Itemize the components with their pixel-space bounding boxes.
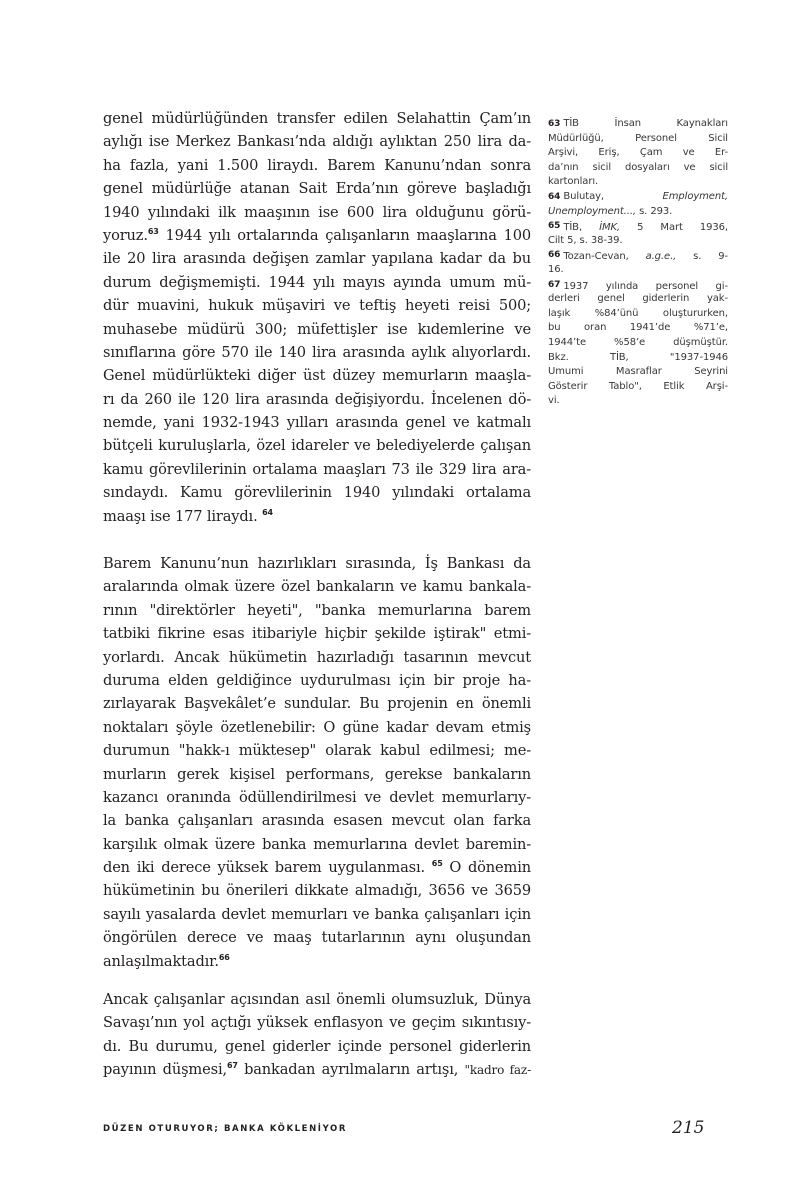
text-line: Savaşı’nın yol açtığı yüksek enflasyon v… <box>103 1011 531 1034</box>
text-line: ha fazla, yani 1.500 liraydı. Barem Kanu… <box>103 154 531 177</box>
sidenote-text: 1937 yılında personel gi- <box>563 281 728 292</box>
text-line: hükümetinin bu önerileri dikkate almadığ… <box>103 879 531 902</box>
sidenote-text: 5 Mart 1936, <box>620 222 728 233</box>
text-fragment: 1944 yılı ortalarında çalışanların maaşl… <box>159 227 531 244</box>
sidenote-line: laşık %84’ünü oluştururken, <box>548 307 728 322</box>
text-line: aylığı ise Merkez Bankası’nda aldığı ayl… <box>103 130 531 153</box>
sidenote-line: Arşivi, Eriş, Çam ve Er- <box>548 146 728 161</box>
text-line: aralarında olmak üzere özel bankaların v… <box>103 575 531 598</box>
sidenote-66: 66Tozan-Cevan, a.g.e., s. 9- 16. <box>548 248 728 277</box>
text-line: nemde, yani 1932-1943 yılları arasında g… <box>103 411 531 434</box>
text-line: yoruz.63 1944 yılı ortalarında çalışanla… <box>103 224 531 247</box>
sidenote-65: 65TİB, İMK, 5 Mart 1936, Cilt 5, s. 38-3… <box>548 219 728 248</box>
sidenote-line: da’nın sicil dosyaları ve sicil <box>548 161 728 176</box>
text-line: 1940 yılındaki ilk maaşının ise 600 lira… <box>103 201 531 224</box>
text-line: den iki derece yüksek barem uygulanması.… <box>103 856 531 879</box>
text-line: Genel müdürlükteki diğer üst düzey memur… <box>103 364 531 387</box>
sidenote-line: 64Bulutay, Employment, <box>548 190 728 205</box>
sidenote-line: Gösterir Tablo", Etlik Arşi- <box>548 380 728 395</box>
sidenote-title: a.g.e., <box>646 251 677 262</box>
sidenote-text: s. 9- <box>676 251 728 262</box>
sidenote-title: Employment, <box>663 191 728 202</box>
text-line: rının "direktörler heyeti", "banka memur… <box>103 599 531 622</box>
footnote-ref-63[interactable]: 63 <box>148 227 159 236</box>
text-fragment: payının düşmesi, <box>103 1061 227 1078</box>
text-fragment: bankadan ayrılmaların artışı, <box>238 1061 465 1078</box>
sidenote-line: Müdürlüğü, Personel Sicil <box>548 132 728 147</box>
paragraph-2: Barem Kanunu’nun hazırlıkları sırasında,… <box>103 552 531 973</box>
text-line: öngörülen derece ve maaş tutarlarının ay… <box>103 926 531 949</box>
sidenote-title: İMK, <box>599 222 620 233</box>
text-line: zırlayarak Başvekâlet’e sundular. Bu pro… <box>103 692 531 715</box>
sidenote-67: 671937 yılında personel gi- derleri gene… <box>548 278 728 409</box>
page-number: 215 <box>672 1118 704 1138</box>
sidenote-number: 64 <box>548 192 560 202</box>
text-line: genel müdürlüğe atanan Sait Erda’nın gör… <box>103 177 531 200</box>
sidenote-number: 66 <box>548 250 560 260</box>
sidenote-64: 64Bulutay, Employment, Unemployment..., … <box>548 190 728 219</box>
sidenote-line: Unemployment..., s. 293. <box>548 205 728 220</box>
sidenote-text: TİB İnsan Kaynakları <box>563 118 728 129</box>
footnote-ref-65[interactable]: 65 <box>432 859 443 868</box>
sidenote-title: Unemployment..., <box>548 206 636 217</box>
sidenote-line: 63TİB İnsan Kaynakları <box>548 117 728 132</box>
text-line: Ancak çalışanlar açısından asıl önemli o… <box>103 988 531 1011</box>
text-fragment: anlaşılmaktadır. <box>103 953 219 970</box>
text-line: tatbiki fikrine esas itibariyle hiçbir ş… <box>103 622 531 645</box>
sidenote-63: 63TİB İnsan Kaynakları Müdürlüğü, Person… <box>548 117 728 190</box>
text-line: la banka çalışanları arasında esasen mev… <box>103 809 531 832</box>
sidenote-number: 65 <box>548 221 560 231</box>
text-line: kamu görevlilerinin ortalama maaşları 73… <box>103 458 531 481</box>
sidenote-line: 671937 yılında personel gi- <box>548 278 728 293</box>
sidenote-line: 1944’te %58’e düşmüştür. <box>548 336 728 351</box>
text-line: bütçeli kuruluşlarla, özel idareler ve b… <box>103 434 531 457</box>
footnote-ref-64[interactable]: 64 <box>262 508 273 517</box>
text-line: kazancı oranında ödüllendirilmesi ve dev… <box>103 786 531 809</box>
sidenote-number: 67 <box>548 280 560 290</box>
text-line: sayılı yasalarda devlet memurları ve ban… <box>103 903 531 926</box>
sidenote-line: 66Tozan-Cevan, a.g.e., s. 9- <box>548 248 728 263</box>
paragraph-1: genel müdürlüğünden transfer edilen Sela… <box>103 107 531 528</box>
text-line: noktaları şöyle özetlenebilir: O güne ka… <box>103 716 531 739</box>
text-line: durum değişmemişti. 1944 yılı mayıs ayın… <box>103 271 531 294</box>
text-line: genel müdürlüğünden transfer edilen Sela… <box>103 107 531 130</box>
footnote-ref-67[interactable]: 67 <box>227 1061 238 1070</box>
text-fragment: yoruz. <box>103 227 148 244</box>
text-line: dür muavini, hukuk müşaviri ve teftiş he… <box>103 294 531 317</box>
sidenote-line: 65TİB, İMK, 5 Mart 1936, <box>548 219 728 234</box>
text-line: sınıflarına göre 570 ile 140 lira arasın… <box>103 341 531 364</box>
text-line: rı da 260 ile 120 lira arasında değişiyo… <box>103 388 531 411</box>
text-line: duruma elden geldiğince uydurulması için… <box>103 669 531 692</box>
text-line: payının düşmesi,67 bankadan ayrılmaların… <box>103 1058 531 1081</box>
running-footer-title: DÜZEN OTURUYOR; BANKA KÖKLENİYOR <box>103 1124 347 1134</box>
sidenote-number: 63 <box>548 119 560 129</box>
text-line: maaşı ise 177 liraydı. 64 <box>103 505 531 528</box>
text-line: muhasebe müdürü 300; müfettişler ise kıd… <box>103 318 531 341</box>
text-fragment: "kadro faz- <box>464 1063 531 1077</box>
sidenote-line: Umumi Masraflar Seyrini <box>548 365 728 380</box>
text-line: murların gerek kişisel performans, gerek… <box>103 763 531 786</box>
sidenote-line: bu oran 1941’de %71’e, <box>548 321 728 336</box>
footnote-ref-66[interactable]: 66 <box>219 953 230 962</box>
sidenote-line: Cilt 5, s. 38-39. <box>548 234 728 249</box>
text-fragment: den iki derece yüksek barem uygulanması. <box>103 859 432 876</box>
text-line: dı. Bu durumu, genel giderler içinde per… <box>103 1035 531 1058</box>
text-line: Barem Kanunu’nun hazırlıkları sırasında,… <box>103 552 531 575</box>
paragraph-3: Ancak çalışanlar açısından asıl önemli o… <box>103 988 531 1082</box>
sidenote-line: derleri genel giderlerin yak- <box>548 292 728 307</box>
sidenote-line: 16. <box>548 263 728 278</box>
text-line: yorlardı. Ancak hükümetin hazırladığı ta… <box>103 646 531 669</box>
sidenote-text: s. 293. <box>636 206 672 217</box>
text-line: ile 20 lira arasında değişen zamlar yapı… <box>103 247 531 270</box>
sidenote-text: Tozan-Cevan, <box>563 251 645 262</box>
text-line: karşılık olmak üzere banka memurlarına d… <box>103 833 531 856</box>
sidenote-line: vi. <box>548 394 728 409</box>
sidenotes-column: 63TİB İnsan Kaynakları Müdürlüğü, Person… <box>548 117 728 409</box>
text-fragment: O dönemin <box>443 859 531 876</box>
text-line: durumun "hakk-ı müktesep" olarak kabul e… <box>103 739 531 762</box>
text-line: sındaydı. Kamu görevlilerinin 1940 yılın… <box>103 481 531 504</box>
text-fragment: maaşı ise 177 liraydı. <box>103 508 262 525</box>
text-line: anlaşılmaktadır.66 <box>103 950 531 973</box>
sidenote-text: TİB, <box>563 222 599 233</box>
sidenote-line: Bkz. TİB, "1937-1946 <box>548 351 728 366</box>
sidenote-text: Bulutay, <box>563 191 662 202</box>
sidenote-line: kartonları. <box>548 175 728 190</box>
